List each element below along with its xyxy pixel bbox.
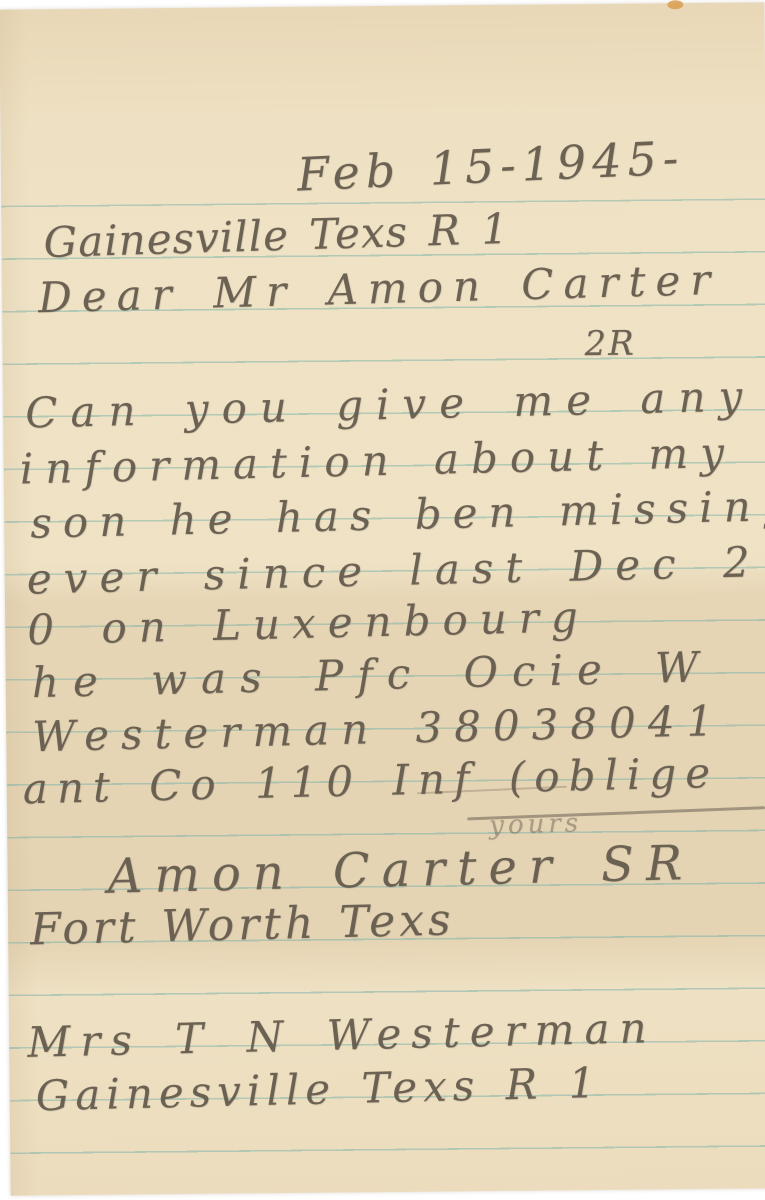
body-line-5: 0 on Luxenbourg: [27, 594, 590, 653]
date-line: Feb 15-1945-: [296, 132, 685, 200]
body-line-1: Can you give me any: [25, 373, 756, 436]
body-line-4: ever since last Dec 2: [26, 539, 762, 602]
paper-stain: [667, 0, 683, 9]
scanned-letter: Feb 15-1945-Gainesville Texs R 1Dear Mr …: [0, 0, 765, 1200]
signature-city-line: Gainesville Texs R 1: [35, 1060, 602, 1120]
addressee-city-line: Fort Worth Texs: [30, 896, 455, 954]
letter-paper: Feb 15-1945-Gainesville Texs R 1Dear Mr …: [0, 2, 765, 1195]
body-line-8: ant Co 110 Inf (oblige: [22, 750, 719, 813]
handwriting-layer: Feb 15-1945-Gainesville Texs R 1Dear Mr …: [0, 2, 764, 9]
salutation-line: Dear Mr Amon Carter: [38, 257, 721, 322]
addressee-name-line: Amon Carter SR: [107, 837, 695, 904]
page-note: 2R: [584, 326, 636, 364]
body-line-6: he was Pfc Ocie W: [31, 644, 712, 706]
body-line-3: son he has ben missing: [30, 483, 765, 547]
sender-city-line: Gainesville Texs R 1: [43, 206, 510, 266]
body-line-2: information about my: [19, 430, 736, 493]
signature-name-line: Mrs T N Westerman: [27, 1005, 657, 1066]
